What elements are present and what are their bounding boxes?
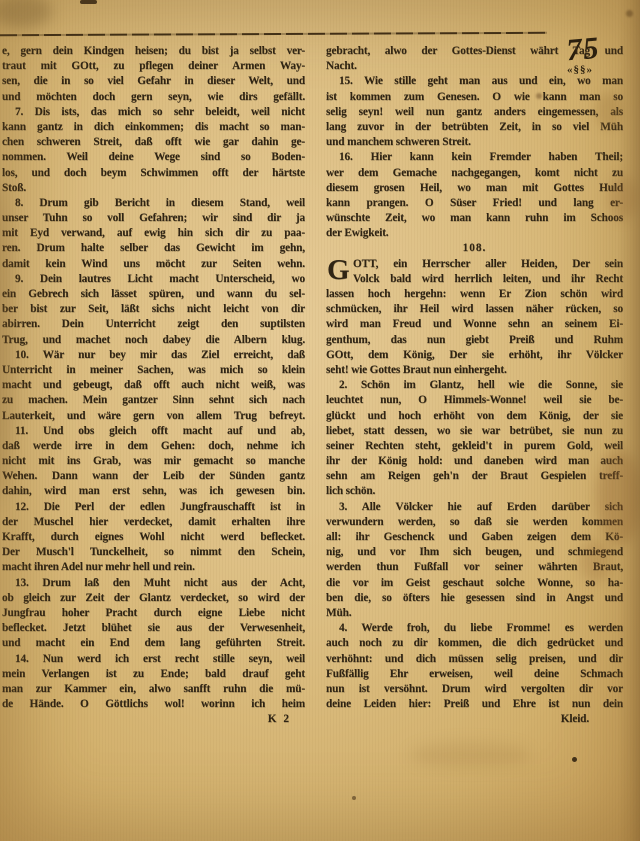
text-line: ein Gebrech sich lässet spüren, und wann… <box>2 287 305 302</box>
text-line: leuchtet nun, O Himmels-Wonne! weil sie … <box>326 393 623 408</box>
text-line: Unterricht in meiner Sachen, was mich so… <box>2 363 305 378</box>
text-line: mein Verlangen ist zu Ende; bald drauf g… <box>2 667 305 682</box>
text-line: genthum, das nun giebt Preiß und Ruhm <box>326 333 623 348</box>
text-line: diesem grosen Heil, wo man mit Gottes Hu… <box>326 181 623 196</box>
text-line: Stoß. <box>2 181 305 196</box>
text-line: liebet, statt dessen, wo sie war betrübe… <box>326 424 623 439</box>
text-line: 10. Wär nur bey mir das Ziel erreicht, d… <box>2 348 305 363</box>
text-line: seht! wie Gottes Braut nun einhergeht. <box>326 363 623 378</box>
text-line: ist kommen zum Genesen. O wie kann man s… <box>326 90 623 105</box>
text-line: Lauterkeit, und wäre gern von allem Trug… <box>2 409 305 424</box>
text-line: Jungfrau hoher Pracht durch eigne Liebe … <box>2 606 305 621</box>
text-line: damit kein Wind uns möcht zur Seiten weh… <box>2 257 305 272</box>
text-line: 2. Schön im Glantz, hell wie die Sonne, … <box>326 378 623 393</box>
text-line: nommen. Weil deine Wege sind so Boden- <box>2 150 305 165</box>
text-line: kann prangen. O Süser Fried! und lang er… <box>326 196 623 211</box>
text-line: selig seyn! weil nun gantz anders eingem… <box>326 105 623 120</box>
text-line: kann gantz in dich einkommen; dis macht … <box>2 120 305 135</box>
left-column: e, gern dein Kindgen heisen; du bist ja … <box>2 44 305 727</box>
text-line: sehn am Reigen geh'n der Braut Gespielen… <box>326 469 623 484</box>
text-line: seiner Rechten steht, gekleid't in purem… <box>326 439 623 454</box>
catchword: Kleid. <box>326 712 623 727</box>
text-line: 9. Dein lautres Licht macht Unterscheid,… <box>2 272 305 287</box>
text-line: nun ist versöhnt. Drum wird vergolten di… <box>326 682 623 697</box>
ink-speck <box>352 796 356 800</box>
text-line: wer dem Gemache nachgegangen, komt nicht… <box>326 166 623 181</box>
text-line: mit Eyd verwand, auf ewig hin sich dir z… <box>2 226 305 241</box>
text-line: Fußfällig Ehr erweisen, weil deine Schma… <box>326 667 623 682</box>
signature-mark: K 2 <box>2 712 305 727</box>
text-line: dahin, wird man erst sehn, was ich gewes… <box>2 484 305 499</box>
paper-stain <box>0 0 52 28</box>
text-line: wünschte Zeit, wo man kann ruhn im Schoo… <box>326 211 623 226</box>
text-line: beflecket. Jetzt blühet sie aus der Verw… <box>2 621 305 636</box>
header-rule <box>0 32 547 36</box>
text-line: macht und gebeugt, daß offt auch nicht w… <box>2 378 305 393</box>
text-line: 8. Drum gib Bericht in diesem Stand, wei… <box>2 196 305 211</box>
text-line: werden thun Fußfall vor seiner währten B… <box>326 560 623 575</box>
text-line: 4. Werde froh, du liebe Fromme! es werde… <box>326 621 623 636</box>
text-line: lassen hoch hergehn: wenn Er Zion schön … <box>326 287 623 302</box>
text-line: Nacht. <box>326 59 623 74</box>
text-line: 16. Hier kann kein Fremder haben Theil; <box>326 150 623 165</box>
text-line: wird man Freud und Wonne sehn an seinem … <box>326 317 623 332</box>
text-line: ber bist zur Seit, läßt sichs nicht leic… <box>2 302 305 317</box>
ink-speck <box>572 757 577 762</box>
text-line: los, und doch beym Schwimmen offt der hä… <box>2 166 305 181</box>
text-line: Trug, und machet noch dabey die Albern k… <box>2 333 305 348</box>
text-line: 15. Wie stille geht man aus und ein, wo … <box>326 74 623 89</box>
text-line: ben die, so öfters hie gesessen sind in … <box>326 591 623 606</box>
text-line: schmücken, ihr Heil wird lassen näher rü… <box>326 302 623 317</box>
text-line: der Ewigkeit. <box>326 226 623 241</box>
text-line: auch noch zu dir kommen, die dich gedrüc… <box>326 636 623 651</box>
text-line: und manchem schweren Streit. <box>326 135 623 150</box>
text-line: de Hände. O Göttlichs wol! worinn ich he… <box>2 697 305 712</box>
text-line: 7. Dis ists, das mich so sehr beleidt, w… <box>2 105 305 120</box>
text-line: verwundern werden, so daß sie werden kom… <box>326 515 623 530</box>
text-line: 3. Alle Völcker hie auf Erden darüber si… <box>326 500 623 515</box>
text-line: 14. Nun werd ich erst recht stille seyn,… <box>2 652 305 667</box>
text-line: 12. Die Perl der edlen Jungfrauschafft i… <box>2 500 305 515</box>
text-line: der Muschel hier verdecket, damit erhalt… <box>2 515 305 530</box>
text-line: ob gleich zur Zeit der Glantz verdecket,… <box>2 591 305 606</box>
text-line: Krafft, durch eignes Wohl nicht werd bef… <box>2 530 305 545</box>
text-line: man zur Kammer ein, alwo sanfft ruhn die… <box>2 682 305 697</box>
text-line: lich schön. <box>326 484 623 499</box>
text-line: glückt und hoch erhöht von dem König, de… <box>326 409 623 424</box>
text-line: sen, die in so viel Gefahr in dieser Wel… <box>2 74 305 89</box>
text-line: nig, und vor Ihm sich beugen, und schmie… <box>326 545 623 560</box>
text-line: lang zuvor in der betrübten Zeit, in so … <box>326 120 623 135</box>
ink-bleedthrough <box>410 742 530 768</box>
text-line: chen schweren Streit, daß offt wie gar d… <box>2 135 305 150</box>
text-line: gebracht, alwo der Gottes-Dienst währt T… <box>326 44 623 59</box>
text-line: Wehen. Dann wann der Leib der Sünden gan… <box>2 469 305 484</box>
text-line: die vor im Geist geschaut solche Wonne, … <box>326 576 623 591</box>
text-line: ihr der König hold: und daneben wird man… <box>326 454 623 469</box>
book-page: 75 «§§» e, gern dein Kindgen heisen; du … <box>0 0 640 841</box>
text-line: macht ihren Adel nur mehr hell und rein. <box>2 560 305 575</box>
text-line: Müh. <box>326 606 623 621</box>
text-line: 11. Und obs gleich offt macht auf und ab… <box>2 424 305 439</box>
text-line: all: ihr Geschenck und Gaben zeigen dem … <box>326 530 623 545</box>
text-line: e, gern dein Kindgen heisen; du bist ja … <box>2 44 305 59</box>
dropcap-initial: G <box>327 257 349 283</box>
text-line: unser Tuhn so voll Gefahren; wir sind di… <box>2 211 305 226</box>
text-line: nicht mit ins Grab, was mir gemacht so m… <box>2 454 305 469</box>
text-line: ren. Drum halte selber das Gewicht im ge… <box>2 241 305 256</box>
hymn-number-heading: 108. <box>326 241 623 256</box>
text-line: deine Leiden hier: Preiß und Ehre ist nu… <box>326 697 623 712</box>
text-line: verhöhnt: und dich müssen selig preisen,… <box>326 652 623 667</box>
ink-speck <box>626 10 633 17</box>
text-line: GOTT, ein Herrscher aller Heiden, Der se… <box>326 257 623 272</box>
ink-speck <box>80 0 97 4</box>
text-line: GOtt, dem König, Der sie erhöht, ihr Völ… <box>326 348 623 363</box>
text-line: Der Musch'l Tunckelheit, so nimmt den Sc… <box>2 545 305 560</box>
text-line: Volck bald wird herrlich leiten, und ihr… <box>326 272 623 287</box>
text-line: abirren. Dein Unterricht zeigt den supti… <box>2 317 305 332</box>
text-line: traut mit GOtt, zu pflegen deiner Armen … <box>2 59 305 74</box>
text-line: und möchten doch gern seyn, wie dirs gef… <box>2 90 305 105</box>
text-line: 13. Drum laß den Muht nicht aus der Acht… <box>2 576 305 591</box>
text-line: daß werde irre in dem Gehen: doch, nehme… <box>2 439 305 454</box>
text-line: und macht ein End dem lang geführten Str… <box>2 636 305 651</box>
text-line: zu machen. Mein gantzer Sinn sehnt sich … <box>2 393 305 408</box>
right-column: gebracht, alwo der Gottes-Dienst währt T… <box>326 44 623 727</box>
